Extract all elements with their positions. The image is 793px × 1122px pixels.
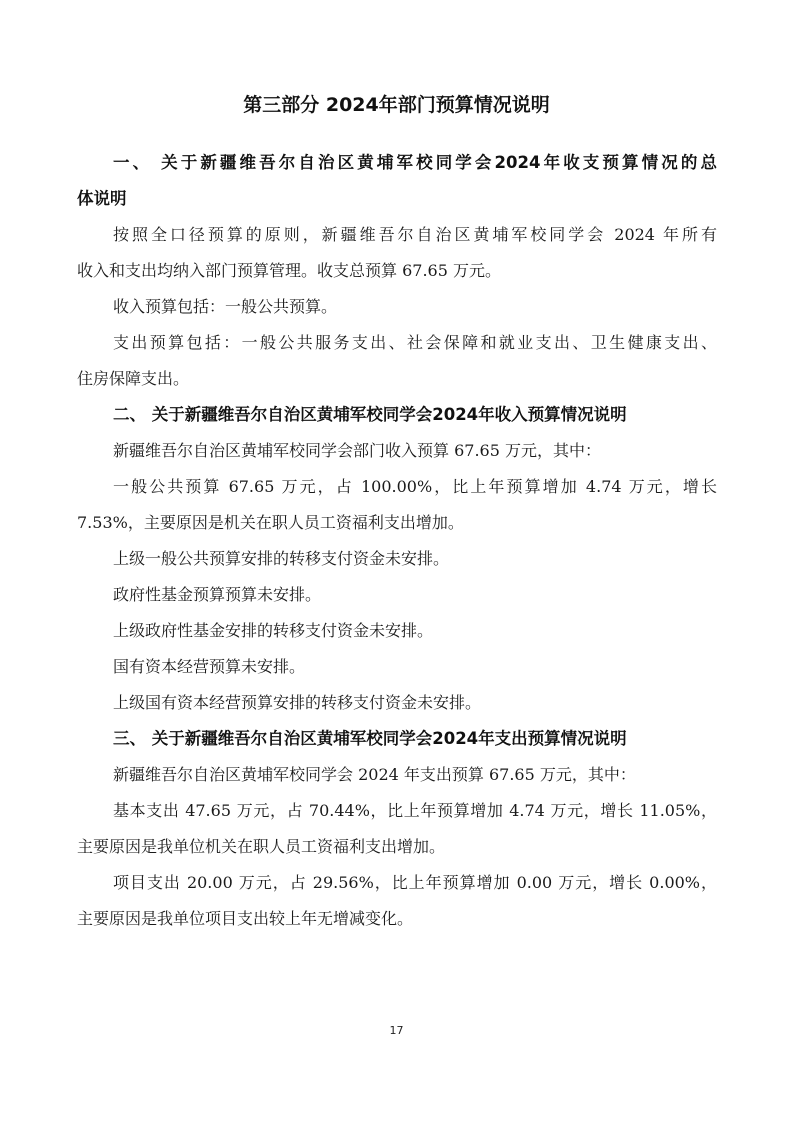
page-number: 17 bbox=[0, 1024, 793, 1037]
paragraph: 按照全口径预算的原则，新疆维吾尔自治区黄埔军校同学会 2024 年所有 bbox=[113, 225, 717, 245]
paragraph-cont: 主要原因是我单位项目支出较上年无增减变化。 bbox=[77, 909, 717, 929]
paragraph: 基本支出 47.65 万元，占 70.44%，比上年预算增加 4.74 万元，增… bbox=[113, 801, 717, 821]
document-page: 第三部分 2024年部门预算情况说明 一、 关于新疆维吾尔自治区黄埔军校同学会2… bbox=[0, 0, 793, 1122]
page-title: 第三部分 2024年部门预算情况说明 bbox=[0, 90, 793, 117]
section-2-heading: 二、 关于新疆维吾尔自治区黄埔军校同学会2024年收入预算情况说明 bbox=[113, 405, 753, 425]
paragraph: 国有资本经营预算未安排。 bbox=[113, 657, 753, 677]
paragraph: 项目支出 20.00 万元，占 29.56%，比上年预算增加 0.00 万元，增… bbox=[113, 873, 717, 893]
paragraph: 收入预算包括：一般公共预算。 bbox=[113, 297, 753, 317]
paragraph-cont: 收入和支出均纳入部门预算管理。收支总预算 67.65 万元。 bbox=[77, 261, 717, 281]
paragraph: 一般公共预算 67.65 万元，占 100.00%，比上年预算增加 4.74 万… bbox=[113, 477, 717, 497]
paragraph-cont: 住房保障支出。 bbox=[77, 369, 717, 389]
paragraph: 上级政府性基金安排的转移支付资金未安排。 bbox=[113, 621, 753, 641]
paragraph-cont: 7.53%，主要原因是机关在职人员工资福利支出增加。 bbox=[77, 513, 717, 533]
paragraph: 新疆维吾尔自治区黄埔军校同学会 2024 年支出预算 67.65 万元，其中： bbox=[113, 765, 753, 785]
paragraph-cont: 主要原因是我单位机关在职人员工资福利支出增加。 bbox=[77, 837, 717, 857]
section-1-heading: 一、 关于新疆维吾尔自治区黄埔军校同学会2024年收支预算情况的总 bbox=[113, 153, 717, 173]
paragraph: 政府性基金预算预算未安排。 bbox=[113, 585, 753, 605]
paragraph: 上级一般公共预算安排的转移支付资金未安排。 bbox=[113, 549, 753, 569]
paragraph: 上级国有资本经营预算安排的转移支付资金未安排。 bbox=[113, 693, 753, 713]
section-1-heading-cont: 体说明 bbox=[77, 189, 717, 209]
paragraph: 新疆维吾尔自治区黄埔军校同学会部门收入预算 67.65 万元，其中： bbox=[113, 441, 753, 461]
section-3-heading: 三、 关于新疆维吾尔自治区黄埔军校同学会2024年支出预算情况说明 bbox=[113, 729, 753, 749]
paragraph: 支出预算包括：一般公共服务支出、社会保障和就业支出、卫生健康支出、 bbox=[113, 333, 717, 353]
